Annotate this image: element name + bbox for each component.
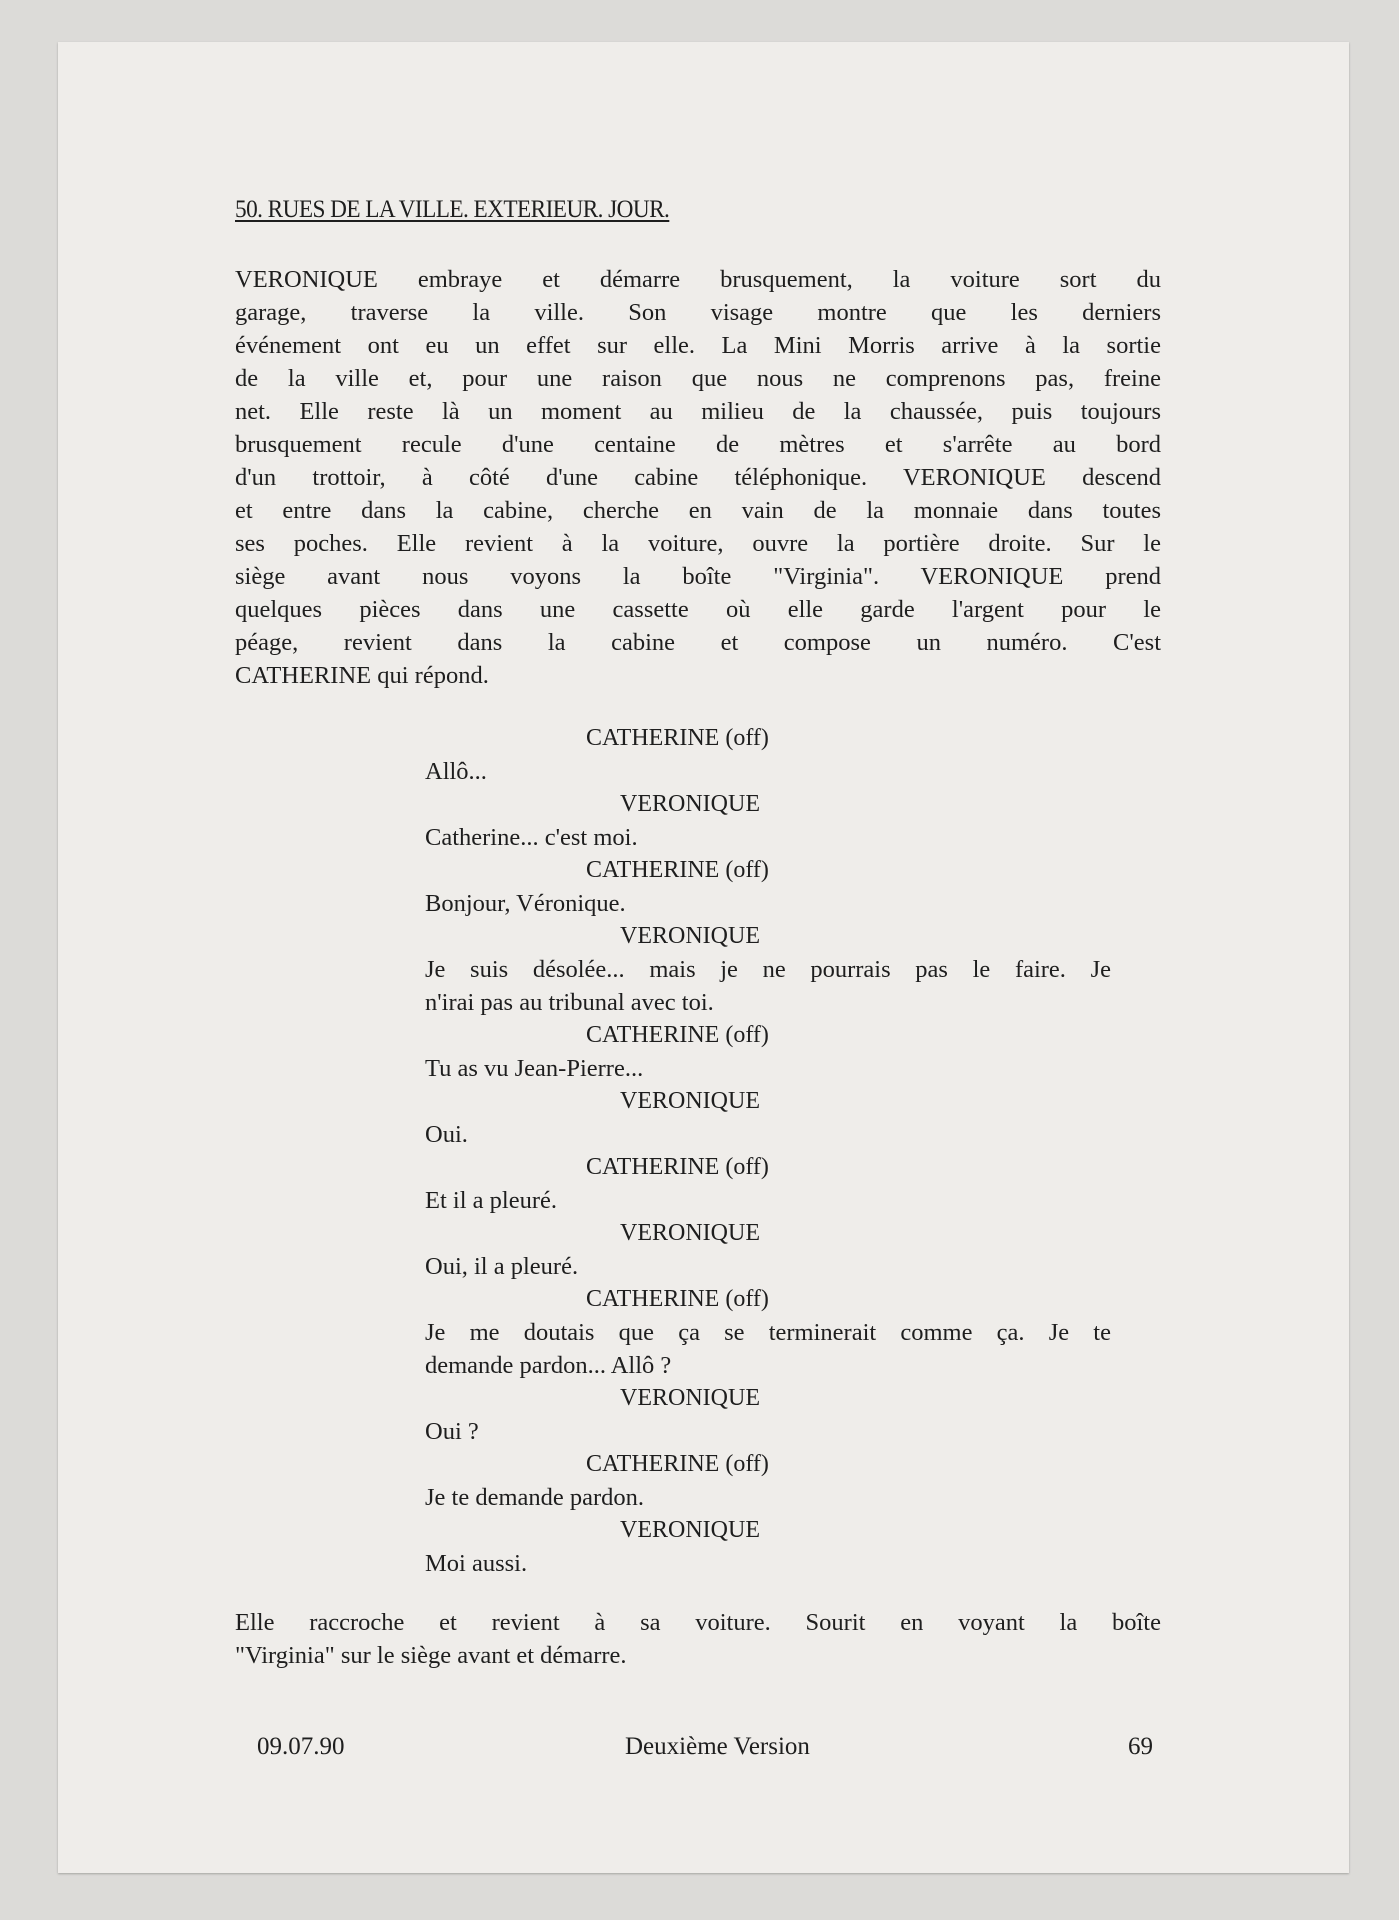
speaker-name: CATHERINE (off) (425, 1448, 1111, 1481)
dialogue-line: Tu as vu Jean-Pierre... (425, 1052, 1111, 1085)
paragraph-line: garage, traverse la ville. Son visage mo… (235, 296, 1161, 329)
speaker-name: VERONIQUE (425, 1217, 1111, 1250)
dialogue-line: Et il a pleuré. (425, 1184, 1111, 1217)
speaker-name: VERONIQUE (425, 1085, 1111, 1118)
action-paragraph-2: Elle raccroche et revient à sa voiture. … (235, 1606, 1161, 1672)
paragraph-line: Elle raccroche et revient à sa voiture. … (235, 1606, 1161, 1639)
action-paragraph-1: VERONIQUE embraye et démarre brusquement… (235, 263, 1161, 692)
paragraph-line: net. Elle reste là un moment au milieu d… (235, 395, 1161, 428)
speaker-name: CATHERINE (off) (425, 722, 1111, 755)
speaker-name: VERONIQUE (425, 1382, 1111, 1415)
paragraph-line: de la ville et, pour une raison que nous… (235, 362, 1161, 395)
dialogue-line: Je suis désolée... mais je ne pourrais p… (425, 953, 1111, 986)
speaker-name: VERONIQUE (425, 788, 1111, 821)
dialogue-line: demande pardon... Allô ? (425, 1349, 1111, 1382)
scene-heading: 50. RUES DE LA VILLE. EXTERIEUR. JOUR. (235, 196, 669, 224)
paragraph-line: "Virginia" sur le siège avant et démarre… (235, 1639, 1161, 1672)
speaker-name: CATHERINE (off) (425, 1283, 1111, 1316)
dialogue-block: CATHERINE (off) Allô... VERONIQUE Cather… (425, 722, 1111, 1580)
speaker-name: CATHERINE (off) (425, 854, 1111, 887)
dialogue-line: Je te demande pardon. (425, 1481, 1111, 1514)
paragraph-line: et entre dans la cabine, cherche en vain… (235, 494, 1161, 527)
page-number: 69 (1128, 1730, 1153, 1764)
paragraph-line: CATHERINE qui répond. (235, 659, 1161, 692)
speaker-name: CATHERINE (off) (425, 1019, 1111, 1052)
dialogue-line: Oui ? (425, 1415, 1111, 1448)
paragraph-line: VERONIQUE embraye et démarre brusquement… (235, 263, 1161, 296)
paragraph-line: brusquement recule d'une centaine de mèt… (235, 428, 1161, 461)
footer-date: 09.07.90 (257, 1730, 345, 1764)
speaker-name: VERONIQUE (425, 1514, 1111, 1547)
dialogue-line: Oui, il a pleuré. (425, 1250, 1111, 1283)
speaker-name: CATHERINE (off) (425, 1151, 1111, 1184)
dialogue-line: Je me doutais que ça se terminerait comm… (425, 1316, 1111, 1349)
paragraph-line: ses poches. Elle revient à la voiture, o… (235, 527, 1161, 560)
dialogue-line: Moi aussi. (425, 1547, 1111, 1580)
page-footer: 09.07.90 Deuxième Version 69 (235, 1730, 1153, 1764)
dialogue-line: Allô... (425, 755, 1111, 788)
paragraph-line: événement ont eu un effet sur elle. La M… (235, 329, 1161, 362)
footer-version: Deuxième Version (625, 1730, 810, 1764)
dialogue-line: Bonjour, Véronique. (425, 887, 1111, 920)
dialogue-line: Catherine... c'est moi. (425, 821, 1111, 854)
dialogue-line: n'irai pas au tribunal avec toi. (425, 986, 1111, 1019)
paragraph-line: d'un trottoir, à côté d'une cabine télép… (235, 461, 1161, 494)
paragraph-line: siège avant nous voyons la boîte "Virgin… (235, 560, 1161, 593)
paragraph-line: quelques pièces dans une cassette où ell… (235, 593, 1161, 626)
paragraph-line: péage, revient dans la cabine et compose… (235, 626, 1161, 659)
speaker-name: VERONIQUE (425, 920, 1111, 953)
dialogue-line: Oui. (425, 1118, 1111, 1151)
